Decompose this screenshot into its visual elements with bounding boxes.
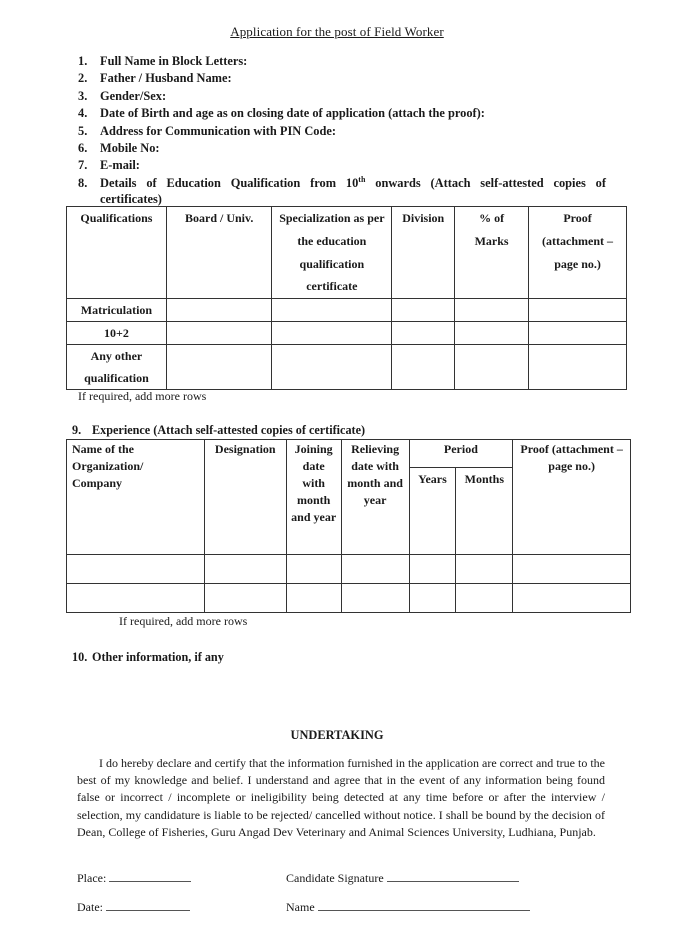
date-label: Date: [77,900,103,914]
cell-joining[interactable] [286,555,341,584]
cell-specialization[interactable] [272,322,392,345]
cell-specialization[interactable] [272,345,392,390]
cell-joining[interactable] [286,584,341,613]
experience-table: Name of the Organization/ Company Design… [66,439,631,613]
section-9-label: Experience (Attach self-attested copies … [92,423,365,437]
cell-designation[interactable] [204,584,286,613]
cell-proof[interactable] [513,555,631,584]
field-label: Full Name in Block Letters: [100,53,247,70]
cell-division[interactable] [392,299,455,322]
field-number: 4. [78,105,100,122]
signature-field[interactable]: Candidate Signature [286,870,519,886]
personal-details-list: 1.Full Name in Block Letters: 2.Father /… [78,53,606,209]
section-9-heading: 9.Experience (Attach self-attested copie… [72,423,365,438]
section-8-label-part: onwards (Attach self-attested copies of [365,176,606,190]
field-gender[interactable]: 3.Gender/Sex: [78,88,606,105]
section-8-heading: 8. Details of Education Qualification fr… [78,175,606,192]
section-number: 9. [72,423,92,438]
cell-board[interactable] [166,299,272,322]
experience-table-header: Name of the Organization/ Company Design… [67,440,631,468]
field-email[interactable]: 7.E-mail: [78,157,606,174]
section-8-label-part: Details of Education Qualification from … [100,176,358,190]
cell-years[interactable] [409,555,456,584]
field-label: Gender/Sex: [100,88,166,105]
place-blank[interactable] [109,870,191,882]
field-label: Date of Birth and age as on closing date… [100,105,485,122]
field-address[interactable]: 5.Address for Communication with PIN Cod… [78,123,606,140]
field-label: Address for Communication with PIN Code: [100,123,336,140]
field-mobile[interactable]: 6.Mobile No: [78,140,606,157]
field-father-husband-name[interactable]: 2.Father / Husband Name: [78,70,606,87]
cell-division[interactable] [392,322,455,345]
section-10-label: Other information, if any [92,650,224,664]
cell-specialization[interactable] [272,299,392,322]
field-full-name[interactable]: 1.Full Name in Block Letters: [78,53,606,70]
header-board-univ: Board / Univ. [166,207,272,299]
name-field[interactable]: Name [286,899,530,915]
undertaking-heading: UNDERTAKING [0,728,674,743]
header-division: Division [392,207,455,299]
table-row: Matriculation [67,299,627,322]
header-proof: Proof (attachment – page no.) [529,207,627,299]
header-specialization: Specialization as per the education qual… [272,207,392,299]
date-field[interactable]: Date: [77,899,190,915]
cell-marks[interactable] [455,299,529,322]
cell-relieving[interactable] [341,555,409,584]
header-percent-marks: % of Marks [455,207,529,299]
education-table: Qualifications Board / Univ. Specializat… [66,206,627,390]
header-years: Years [409,468,456,555]
field-number: 2. [78,70,100,87]
experience-table-note: If required, add more rows [119,614,247,629]
field-label: Father / Husband Name: [100,70,232,87]
cell-proof[interactable] [513,584,631,613]
cell-board[interactable] [166,345,272,390]
field-number: 3. [78,88,100,105]
header-designation: Designation [204,440,286,555]
place-field[interactable]: Place: [77,870,191,886]
header-relieving-date: Relieving date with month and year [341,440,409,555]
table-row [67,555,631,584]
header-joining-date: Joining date with month and year [286,440,341,555]
cell-relieving[interactable] [341,584,409,613]
date-blank[interactable] [106,899,190,911]
field-number: 5. [78,123,100,140]
cell-proof[interactable] [529,299,627,322]
table-row: Any other qualification [67,345,627,390]
field-number: 1. [78,53,100,70]
name-label: Name [286,900,315,914]
section-8-label: Details of Education Qualification from … [100,175,606,192]
education-table-header: Qualifications Board / Univ. Specializat… [67,207,627,299]
place-label: Place: [77,871,106,885]
field-date-of-birth[interactable]: 4.Date of Birth and age as on closing da… [78,105,606,122]
cell-board[interactable] [166,322,272,345]
education-table-note: If required, add more rows [78,389,206,404]
undertaking-text: I do hereby declare and certify that the… [77,755,605,841]
cell-organization[interactable] [67,555,205,584]
header-organization: Name of the Organization/ Company [67,440,205,555]
cell-division[interactable] [392,345,455,390]
field-label: E-mail: [100,157,140,174]
cell-marks[interactable] [455,345,529,390]
table-row [67,584,631,613]
section-10-heading: 10.Other information, if any [72,650,224,665]
document-title: Application for the post of Field Worker [0,24,674,40]
signature-blank[interactable] [387,870,519,882]
row-label-matriculation: Matriculation [67,299,167,322]
field-number: 6. [78,140,100,157]
signature-label: Candidate Signature [286,871,384,885]
cell-organization[interactable] [67,584,205,613]
table-row: 10+2 [67,322,627,345]
header-months: Months [456,468,513,555]
section-number: 10. [72,650,92,665]
header-qualifications: Qualifications [67,207,167,299]
row-label-any-other: Any other qualification [67,345,167,390]
cell-months[interactable] [456,584,513,613]
cell-proof[interactable] [529,322,627,345]
cell-marks[interactable] [455,322,529,345]
cell-proof[interactable] [529,345,627,390]
cell-months[interactable] [456,555,513,584]
field-number: 7. [78,157,100,174]
field-label: Mobile No: [100,140,160,157]
cell-years[interactable] [409,584,456,613]
cell-designation[interactable] [204,555,286,584]
header-proof: Proof (attachment –page no.) [513,440,631,555]
field-number: 8. [78,175,100,192]
name-blank[interactable] [318,899,530,911]
header-period: Period [409,440,513,468]
row-label-10-plus-2: 10+2 [67,322,167,345]
